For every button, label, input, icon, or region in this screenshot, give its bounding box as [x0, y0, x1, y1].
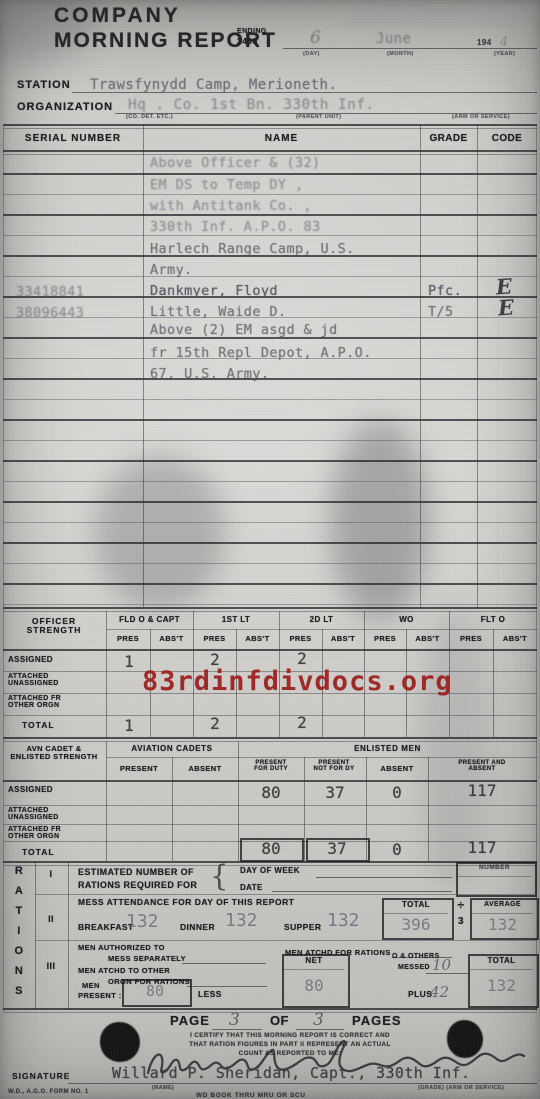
present-label: PRESENT :: [78, 992, 122, 1000]
signature-label: SIGNATURE: [12, 1072, 70, 1081]
avcadet-absent-col: ABSENT: [172, 765, 238, 773]
rule-line: [3, 124, 537, 126]
year-sublabel: (YEAR): [494, 52, 515, 58]
abst-subheader: ABS'T: [406, 635, 449, 643]
enlisted-assigned-pnfd: 37: [312, 783, 358, 802]
roster-header-serial: SERIAL NUMBER: [3, 134, 143, 145]
month-sublabel: (MONTH): [387, 52, 414, 58]
enlisted-corner-label: AVN CADET & ENLISTED STRENGTH: [8, 745, 100, 760]
rule-line: [3, 824, 537, 825]
officer-strength-corner-label: OFFICER STRENGTH: [18, 617, 90, 634]
grade-arm-sublabel: (GRADE) (ARM OR SERVICE): [418, 1086, 504, 1092]
pages-value: 3: [313, 1010, 324, 1030]
of-label: OF: [270, 1014, 289, 1028]
rations-letter: O: [7, 946, 31, 958]
plus-label: PLUS: [408, 990, 432, 999]
day-of-week-label: DAY OF WEEK: [240, 867, 300, 875]
roster-grade: Pfc.: [428, 283, 462, 299]
brace-glyph: {: [210, 859, 228, 893]
aviation-cadets-group: AVIATION CADETS: [106, 745, 238, 753]
part1-line1: ESTIMATED NUMBER OF: [78, 868, 194, 877]
part1-line2: RATIONS REQUIRED FOR: [78, 881, 197, 890]
part3-numeral: III: [36, 962, 66, 971]
roster-remark: with Antitank Co. ,: [150, 198, 312, 214]
officer-group-2dlt: 2D LT: [279, 616, 364, 624]
plus-value: 42: [430, 983, 449, 1001]
total-part3-value: 132: [470, 976, 533, 995]
pages-label: PAGES: [352, 1014, 402, 1028]
sub-column-divider: [493, 629, 494, 737]
rule-line: [3, 741, 537, 742]
officer-row-label: ATTACHED FR OTHER ORGN: [8, 695, 72, 709]
roster-name: Dankmyer, Floyd: [150, 283, 278, 299]
rule-line: [472, 913, 533, 914]
rule-line: [3, 128, 537, 129]
enlisted-total-pfd: 80: [248, 839, 294, 858]
present-not-for-dy-col: PRESENT NOT FOR DY: [312, 760, 356, 772]
officer-group-fldo: FLD O & CAPT: [106, 616, 193, 624]
name-sublabel: (NAME): [152, 1086, 174, 1092]
date-label: DATE: [240, 884, 263, 892]
rule-line: [3, 737, 537, 739]
rations-letter: R: [7, 866, 31, 878]
men-present-value: 80: [124, 982, 186, 1000]
supper-value: 132: [327, 910, 360, 931]
rations-letter: A: [7, 886, 31, 898]
roster-remark: fr 15th Repl Depot, A.P.O.: [150, 345, 372, 361]
page-label: PAGE: [170, 1014, 210, 1028]
pres-subheader: PRES: [193, 635, 236, 643]
enlisted-total-pa: 117: [452, 838, 512, 857]
column-divider: [68, 861, 69, 1010]
date-blank-line: [283, 48, 537, 49]
total-value: 396: [384, 915, 448, 934]
roster-header-code: CODE: [477, 134, 537, 145]
net-box-label: NET: [284, 957, 344, 965]
rule-line: [3, 715, 537, 716]
enlisted-total-absent: 0: [376, 840, 418, 859]
net-value: 80: [284, 976, 344, 995]
men-authorized-line1: MEN AUTHORIZED TO: [78, 944, 165, 952]
archive-watermark: 83rdinfdivdocs.org: [142, 666, 453, 697]
divide-sign: ÷: [452, 899, 470, 912]
officer-row-label: ASSIGNED: [8, 656, 53, 664]
absent-col: ABSENT: [366, 765, 428, 773]
column-divider: [143, 124, 144, 607]
sub-column-divider: [428, 757, 429, 861]
rule-line: [3, 607, 537, 609]
enlisted-assigned-absent: 0: [376, 783, 418, 802]
roster-remark: Above (2) EM asgd & jd: [150, 322, 338, 338]
rule-line: [458, 876, 531, 877]
rule-line: [470, 969, 533, 970]
roster-grade: T/5: [428, 304, 454, 320]
roster-remark: 330th Inf. A.P.O. 83: [150, 219, 321, 235]
officer-group-flto: FLT O: [449, 616, 537, 624]
rule-line: [35, 940, 537, 941]
rations-letter: T: [7, 906, 31, 918]
rations-letter: I: [7, 926, 31, 938]
org-sublabel-parent: (PARENT UNIT): [296, 115, 341, 121]
ending-time: 2400: [237, 37, 258, 46]
officer-row-label: TOTAL: [22, 721, 55, 730]
enlisted-row-label: ATTACHED UNASSIGNED: [8, 807, 68, 821]
supper-label: SUPPER: [284, 923, 321, 932]
number-box-label: NUMBER: [458, 865, 531, 872]
column-divider: [106, 741, 107, 861]
pres-subheader: PRES: [449, 635, 493, 643]
day-sublabel: (DAY): [303, 52, 320, 58]
column-divider: [238, 741, 239, 861]
date-month-value: June: [376, 31, 411, 47]
pres-subheader: PRES: [364, 635, 406, 643]
roster-remark: Army.: [150, 262, 193, 278]
o-others-line2: MESSED: [398, 964, 430, 971]
rations-letter: S: [7, 986, 31, 998]
rule-line: [106, 757, 537, 758]
enlisted-assigned-pfd: 80: [248, 783, 294, 802]
faded-text-smudge: [350, 6, 520, 16]
enlisted-row-label: TOTAL: [22, 848, 55, 857]
org-sublabel-arm: (ARM OR SERVICE): [452, 115, 510, 121]
rule-line: [384, 913, 448, 914]
sub-column-divider: [172, 757, 173, 861]
rule-line: [35, 894, 537, 895]
date-blank: [272, 891, 452, 892]
organization-label: ORGANIZATION: [17, 102, 113, 114]
breakfast-value: 132: [126, 911, 159, 932]
enlisted-men-group: ENLISTED MEN: [238, 745, 537, 753]
less-label: LESS: [198, 990, 222, 999]
abst-subheader: ABS'T: [236, 635, 279, 643]
column-divider: [420, 124, 421, 607]
mess-attendance-heading: MESS ATTENDANCE FOR DAY OF THIS REPORT: [78, 898, 294, 907]
officer-group-1stlt: 1ST LT: [193, 616, 279, 624]
officer-group-wo: WO: [364, 616, 449, 624]
roster-serial: 38096443: [16, 305, 84, 321]
messed-value: 10: [432, 956, 451, 974]
atchd-other-orgn-blank: [187, 986, 267, 987]
routing-note: WD BOOK THRU MRU OR SCU: [196, 1093, 306, 1099]
part2-numeral: II: [36, 915, 66, 924]
station-label: STATION: [17, 80, 71, 92]
year-written: 4: [500, 35, 508, 50]
officer-total-2dlt-pres: 2: [291, 713, 313, 732]
divide-by-value: 3: [452, 917, 470, 928]
present-for-duty-col: PRESENT FOR DUTY: [249, 760, 293, 772]
enlisted-row-label: ASSIGNED: [8, 786, 53, 794]
officer-total-1stlt-pres: 2: [204, 714, 226, 733]
roster-serial: 33418841: [16, 284, 84, 300]
organization-value: Hq . Co. 1st Bn. 330th Inf.: [128, 97, 375, 113]
sub-column-divider: [304, 757, 305, 861]
roster-remark: Harlech Range Camp, U.S.: [150, 241, 355, 257]
roster-header-grade: GRADE: [420, 134, 477, 145]
present-and-absent-col: PRESENT AND ABSENT: [458, 760, 506, 772]
signature-typed-name: Willard P. Sheridan, Capt., 330th Inf.: [112, 1064, 470, 1082]
rule-line: [3, 611, 537, 612]
pres-subheader: PRES: [106, 635, 150, 643]
men-authorized-line2: MESS SEPARATELY: [108, 955, 186, 963]
rule-line: [3, 1008, 537, 1010]
officer-row-label: ATTACHED UNASSIGNED: [8, 673, 68, 687]
form-number: W.D., A.G.O. FORM NO. 1: [8, 1089, 89, 1095]
column-divider: [35, 861, 36, 1010]
day-of-week-blank: [316, 877, 452, 878]
rule-line: [284, 969, 344, 970]
abst-subheader: ABS'T: [150, 635, 193, 643]
form-title-line1: COMPANY: [54, 5, 181, 27]
roster-remark: 67, U.S. Army.: [150, 366, 269, 382]
total-box-part3-label: TOTAL: [470, 957, 533, 965]
year-printed: 194: [477, 39, 492, 47]
roster-header-name: NAME: [143, 134, 420, 145]
roster-remark: EM DS to Temp DY ,: [150, 177, 304, 193]
enlisted-row-label: ATTACHED FR OTHER ORGN: [8, 826, 72, 840]
officer-assigned-fldo-pres: 1: [118, 652, 140, 671]
enlisted-assigned-pa: 117: [452, 781, 512, 800]
dinner-label: DINNER: [180, 923, 215, 932]
column-divider: [477, 124, 478, 607]
part1-numeral: I: [36, 870, 66, 879]
sub-column-divider: [366, 757, 367, 861]
officer-total-fldo-pres: 1: [118, 716, 140, 735]
average-value: 132: [472, 915, 533, 934]
roster-remark: Above Officer & (32): [150, 155, 321, 171]
roster-name: Little, Waide D.: [150, 304, 286, 320]
messed-blank: [426, 973, 468, 974]
pres-subheader: PRES: [279, 635, 322, 643]
total-box-label: TOTAL: [384, 901, 448, 909]
men-atchd-line1: MEN ATCHD TO OTHER: [78, 967, 170, 975]
station-value: Trawsfynydd Camp, Merioneth.: [90, 77, 337, 93]
average-box-label: AVERAGE: [472, 901, 533, 908]
column-divider: [106, 611, 107, 737]
org-sublabel-co: (CO. DET. ETC.): [126, 115, 173, 121]
faded-text-smudge: [345, 20, 523, 24]
abst-subheader: ABS'T: [493, 635, 537, 643]
men-label: MEN: [82, 982, 100, 990]
rations-letter: N: [7, 966, 31, 978]
ending-label: ENDING: [237, 28, 267, 35]
avcadet-present-col: PRESENT: [106, 765, 172, 773]
roster-code: E: [497, 294, 515, 320]
signature-blank-line: [68, 1083, 537, 1084]
abst-subheader: ABS'T: [322, 635, 364, 643]
rule-line: [3, 649, 537, 651]
page-value: 3: [229, 1010, 240, 1030]
morning-report-scan: COMPANY MORNING REPORT ENDING 2400 6 Jun…: [0, 0, 540, 1099]
mess-separately-blank: [182, 963, 266, 964]
enlisted-total-pnfd: 37: [314, 839, 360, 858]
date-day-value: 6: [310, 28, 321, 48]
rule-line: [3, 805, 537, 806]
dinner-value: 132: [225, 910, 258, 931]
rule-line: [3, 150, 537, 152]
form-edge-line: [3, 124, 4, 1011]
